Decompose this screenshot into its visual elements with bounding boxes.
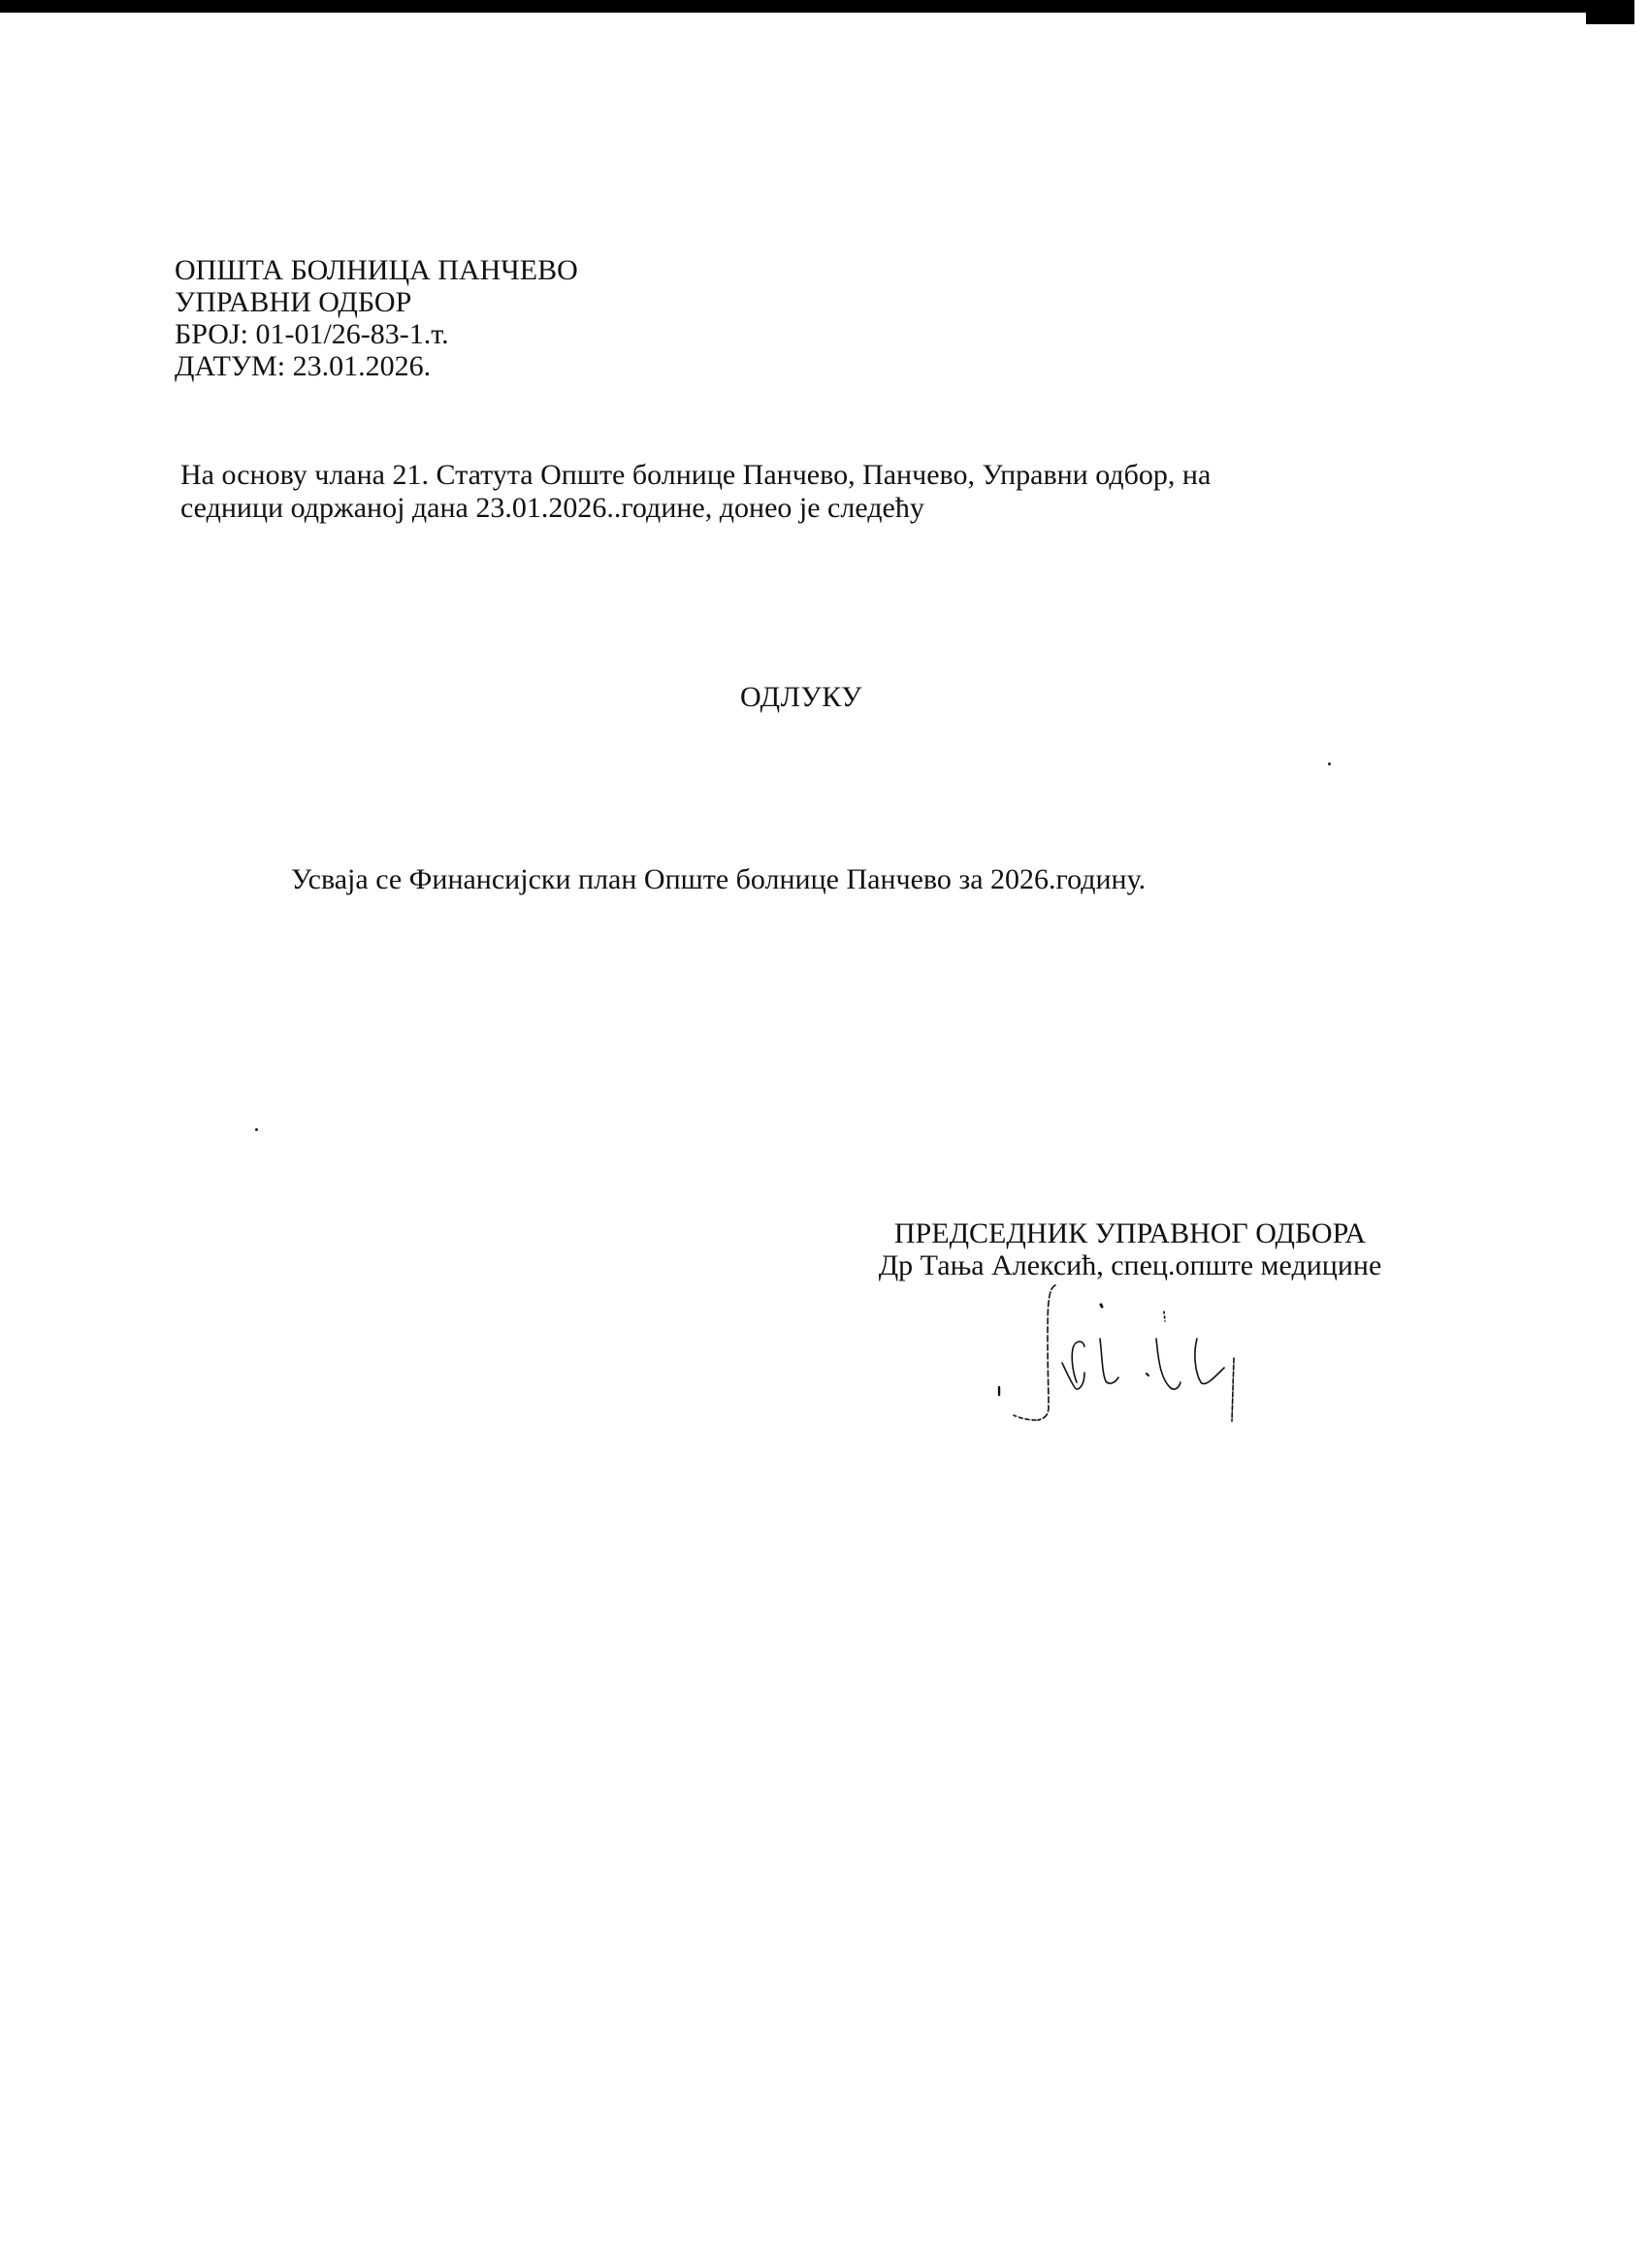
signature-block: ПРЕДСЕДНИК УПРАВНОГ ОДБОРА Др Тања Алекс… — [854, 1217, 1406, 1281]
scan-speck — [1328, 762, 1331, 765]
decision-body: Усваја се Финансијски план Опште болнице… — [291, 863, 1146, 896]
signatory-name: Др Тања Алексић, спец.опште медицине — [854, 1249, 1406, 1281]
document-date: ДАТУМ: 23.01.2026. — [175, 350, 578, 382]
institution-name: ОПШТА БОЛНИЦА ПАНЧЕВО — [175, 254, 578, 286]
signatory-title: ПРЕДСЕДНИК УПРАВНОГ ОДБОРА — [854, 1217, 1406, 1249]
preamble: На основу члана 21. Статута Опште болниц… — [180, 459, 1211, 525]
preamble-line-2: седници одржаној дана 23.01.2026..године… — [180, 492, 1211, 525]
decision-title: ОДЛУКУ — [740, 681, 862, 714]
scan-border-corner — [1586, 0, 1634, 24]
preamble-line-1: На основу члана 21. Статута Опште болниц… — [180, 459, 1211, 492]
scan-border-top — [0, 0, 1649, 13]
document-number: БРОЈ: 01-01/26-83-1.т. — [175, 318, 578, 350]
scan-border-edge — [1634, 0, 1649, 13]
document-header: ОПШТА БОЛНИЦА ПАНЧЕВО УПРАВНИ ОДБОР БРОЈ… — [175, 254, 578, 382]
signature-icon — [980, 1280, 1251, 1436]
scan-speck — [255, 1128, 258, 1131]
governing-body: УПРАВНИ ОДБОР — [175, 286, 578, 318]
